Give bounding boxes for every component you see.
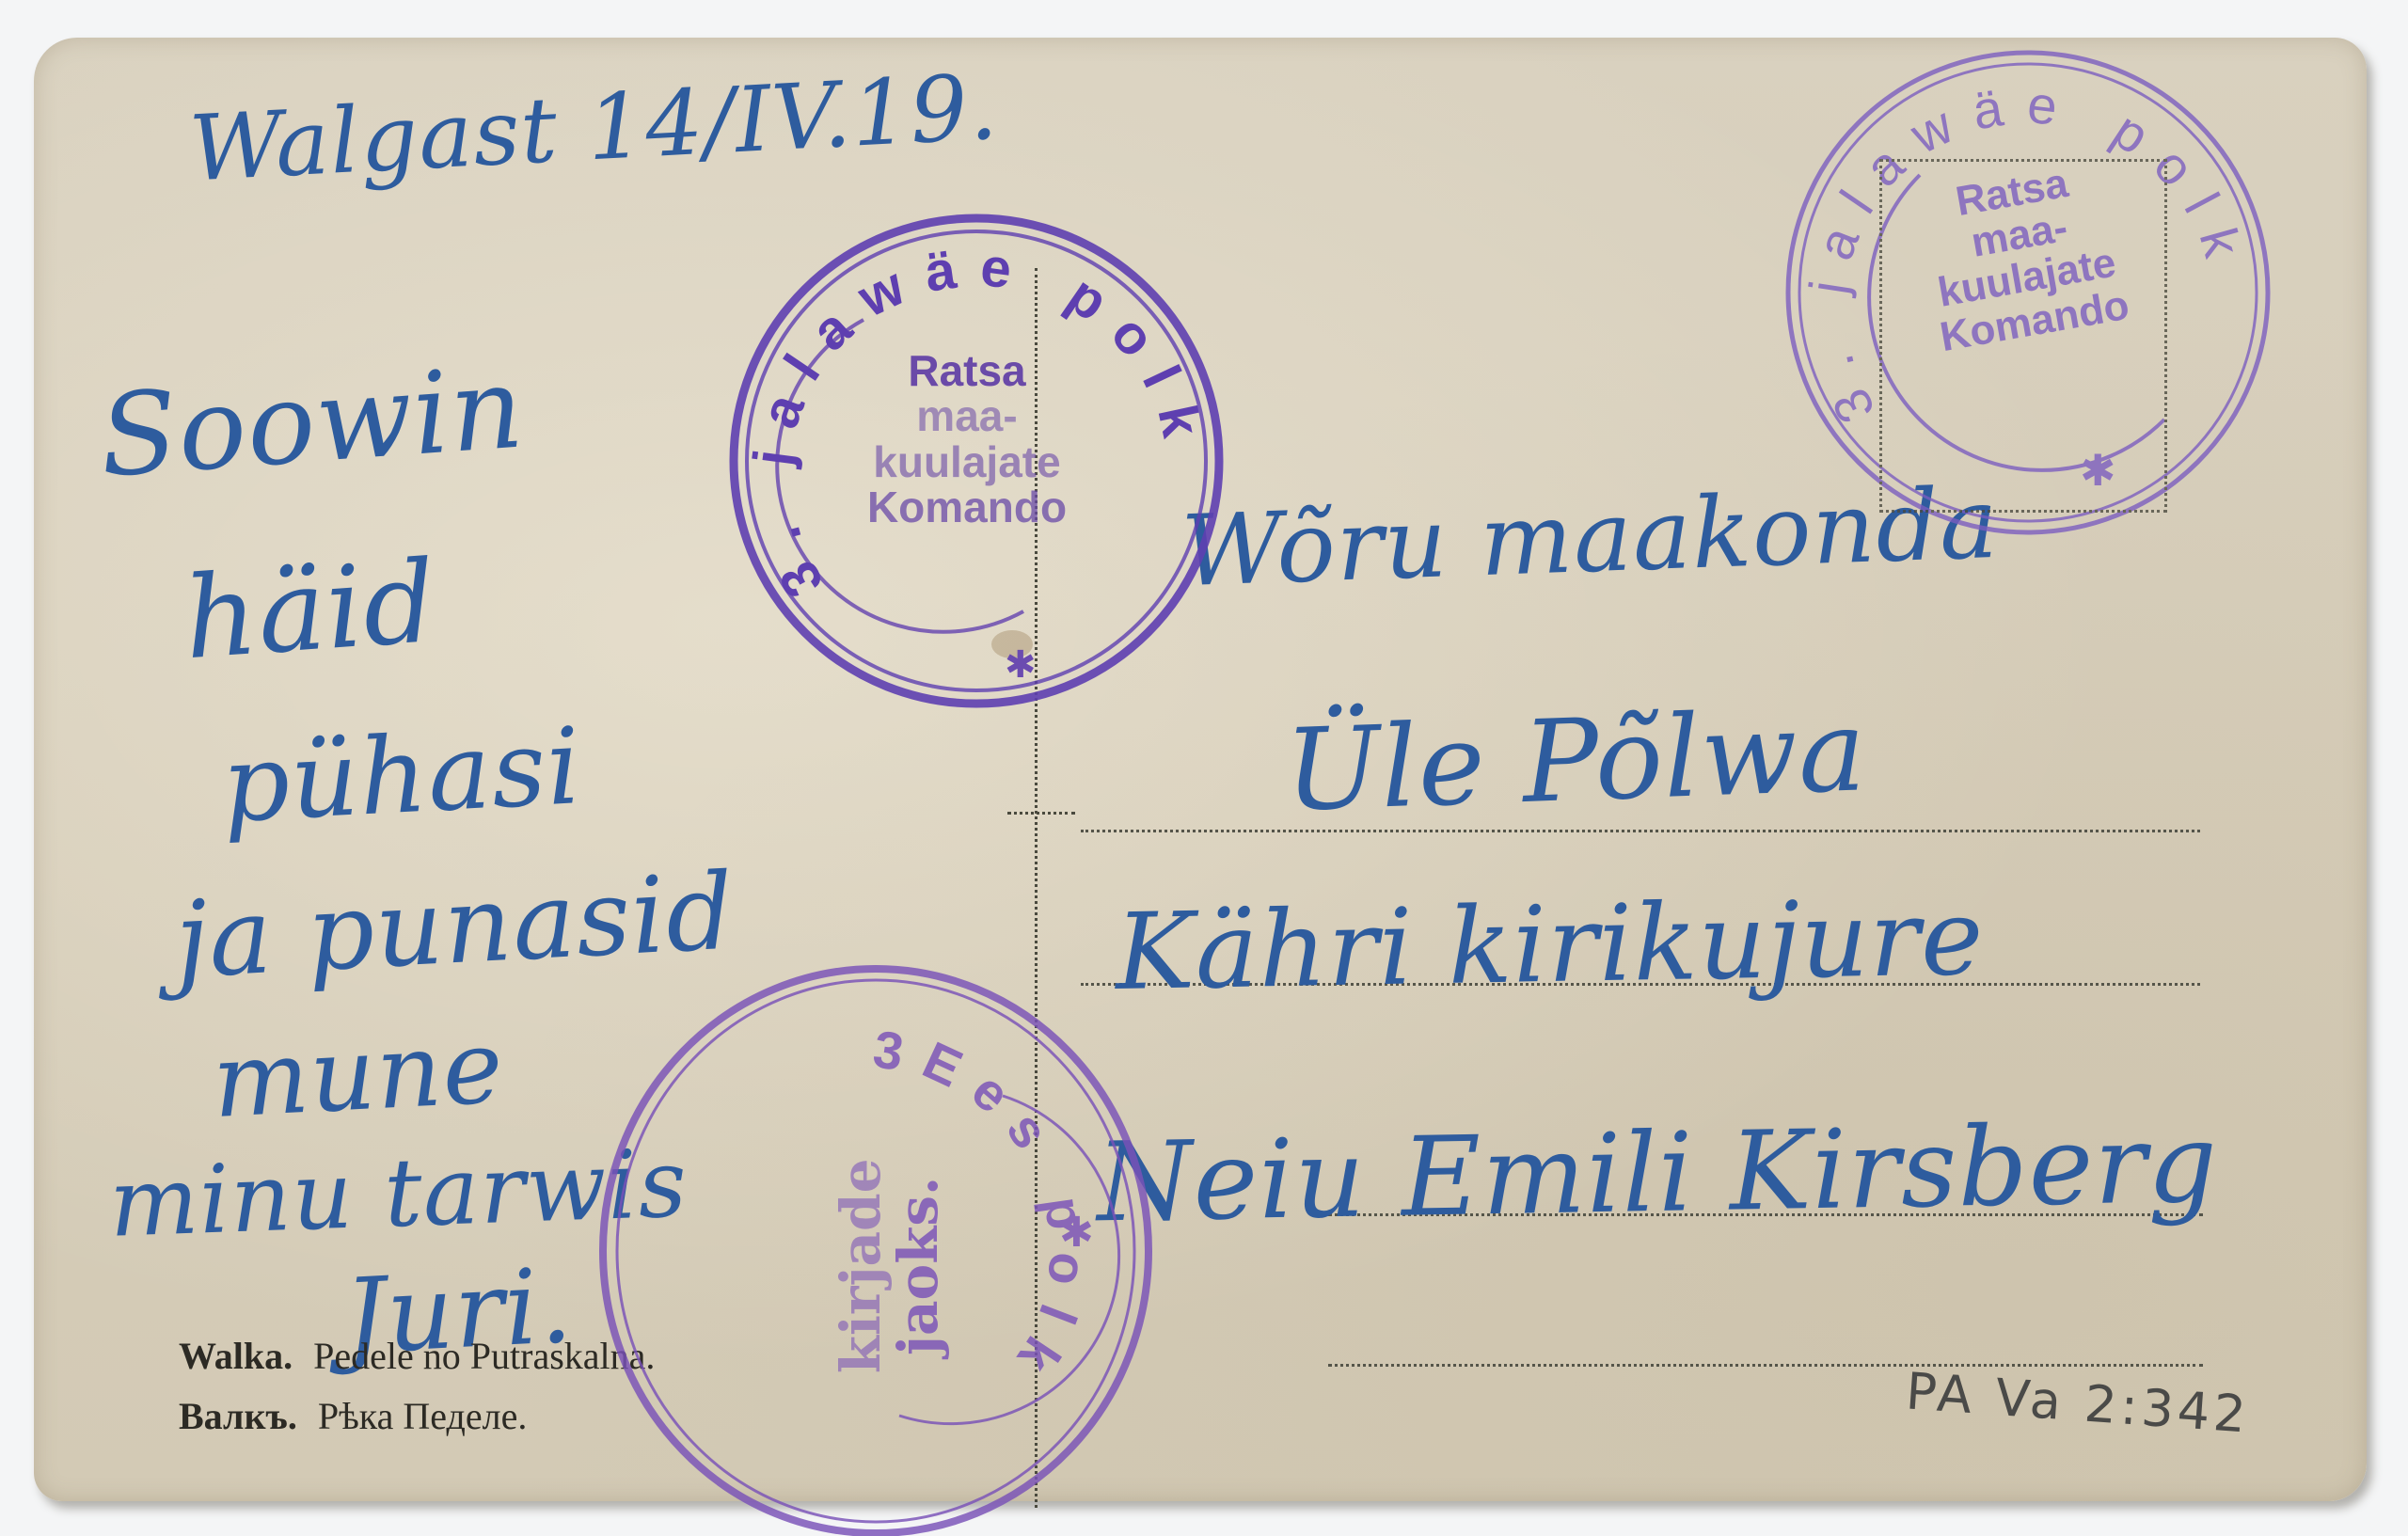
address-recipient: Neiu Emili Kirsberg: [1096, 1101, 2219, 1247]
caption-latin-place: Walka.: [179, 1335, 293, 1377]
postcard: Walgast 14/IV.19. Soowin häid pühasi ja …: [34, 38, 2367, 1501]
stamp-center-line-2: maa-: [863, 393, 1070, 438]
stamp-center: 3. jalawäe polk ✱ Ratsa maa- kuulajate K…: [722, 207, 1230, 715]
stamp-asterisk-icon: ✱: [1059, 1209, 1094, 1257]
stamp-bottom: 3Ees polk ✱ kirjade jaoks.: [589, 964, 1163, 1536]
divider-tick: [1007, 812, 1075, 815]
caption-cyrillic-place: Валкъ.: [179, 1395, 297, 1437]
caption-latin: Walka.Pedele no Putraskalna.: [179, 1334, 655, 1378]
stamp-center-line-2: jaoks.: [890, 1116, 947, 1417]
archive-number: PA Va 2:342: [1904, 1361, 2251, 1444]
message-line-1: Soowin: [96, 342, 529, 502]
stamp-top-right: 3. jalawäe polk ✱ Ratsa maa- kuulajate K…: [1779, 43, 2277, 542]
stamp-center-line-3: kuulajate: [863, 439, 1070, 484]
address-parish: Üle Põlwa: [1283, 686, 1869, 836]
address-line-1: [1081, 830, 2200, 832]
stamp-center-line-4: Komando: [863, 484, 1070, 530]
stamp-asterisk-icon: ✱: [1005, 643, 1037, 687]
message-line-3: pühasi: [219, 705, 584, 847]
address-line-4: [1328, 1364, 2203, 1367]
address-village: Kähri kirikujure: [1115, 877, 1985, 1014]
message-line-2: häid: [180, 537, 440, 685]
stamp-center-line-1: kirjade: [832, 1116, 890, 1417]
caption-cyrillic-description: Рѣка Педеле.: [318, 1395, 527, 1437]
caption-cyrillic: Валкъ.Рѣка Педеле.: [179, 1394, 527, 1438]
message-line-5: mune: [210, 1008, 507, 1141]
place-date-heading: Walgast 14/IV.19.: [187, 55, 1001, 202]
stamp-center-line-1: Ratsa: [863, 348, 1070, 393]
